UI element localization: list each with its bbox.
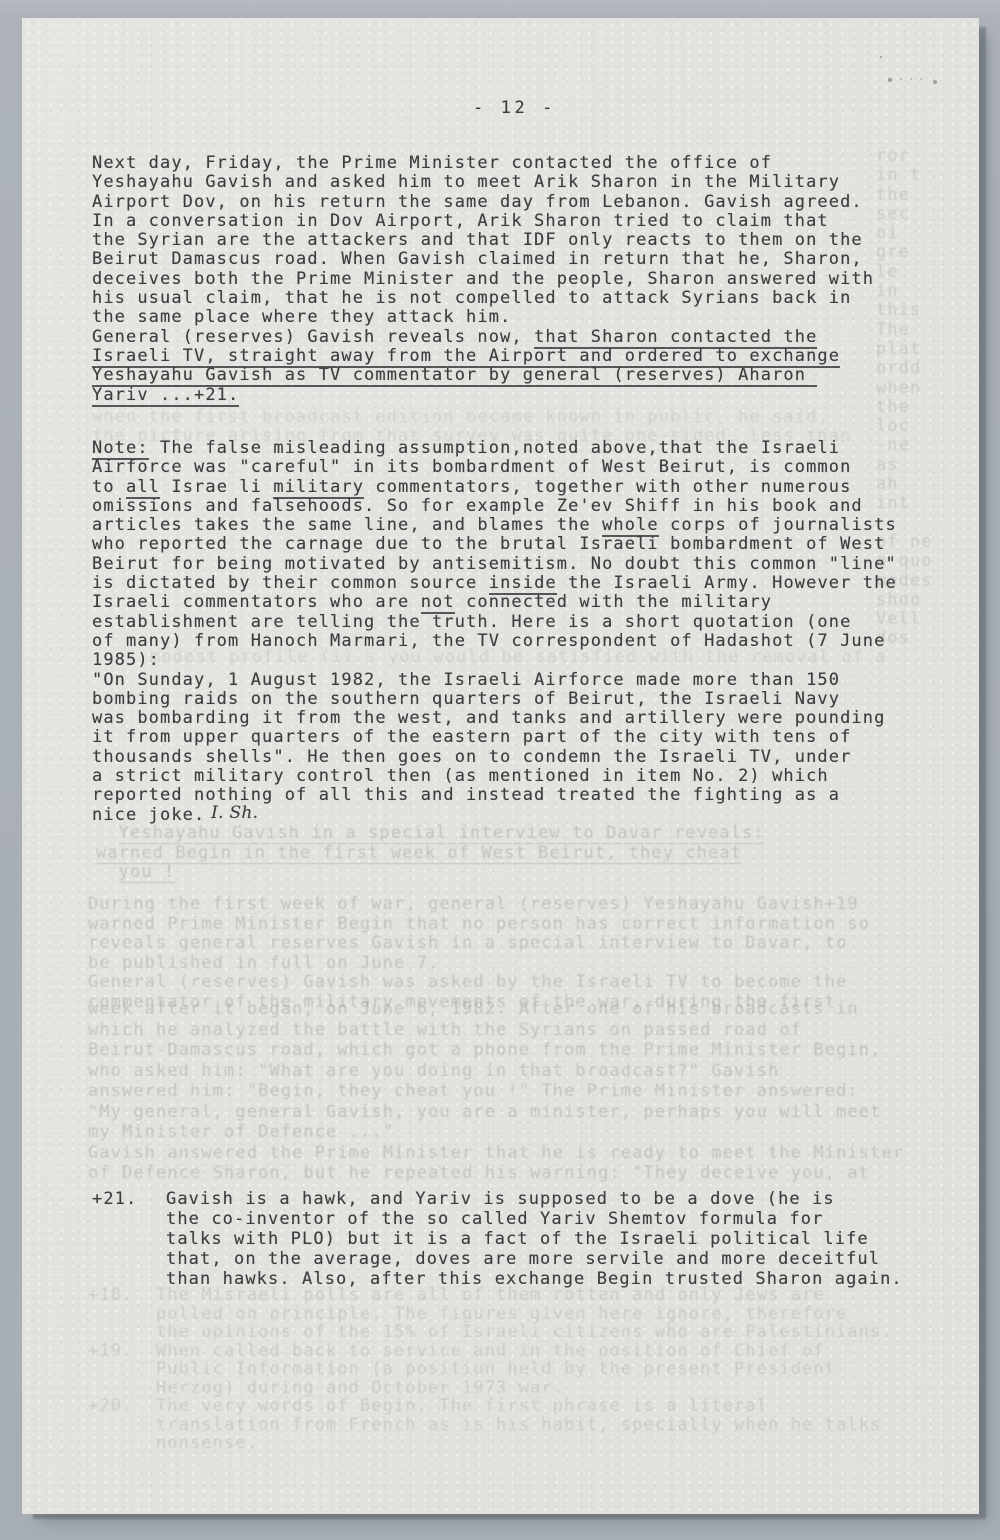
text-line: bombing raids on the southern quarters o… — [92, 690, 897, 709]
text-line: In a conversation in Dov Airport, Arik S… — [92, 212, 874, 231]
text-line: oi — [876, 224, 933, 243]
text-line: During the first week of war, general (r… — [88, 895, 870, 915]
text-line: Israeli commentators who are not connect… — [92, 593, 897, 612]
text-line: who asked him: "What are you doing in th… — [88, 1061, 904, 1082]
text-line: that, on the average, doves are more ser… — [166, 1249, 903, 1269]
text-line: the co-inventor of the so called Yariv S… — [166, 1209, 903, 1229]
ghost-heading: Yeshayahu Gavish in a special interview … — [96, 824, 765, 883]
text-line: thousands shells". He then goes on to co… — [92, 748, 897, 767]
text-line: you ! — [96, 863, 765, 883]
text-line: establishment are telling the truth. Her… — [92, 613, 897, 632]
text-line: ror — [876, 147, 933, 166]
text-line: the opinions of the 15% of Israeli citiz… — [88, 1323, 893, 1342]
text-line: General (reserves) Gavish was asked by t… — [88, 973, 847, 993]
body-paragraph: Next day, Friday, the Prime Minister con… — [92, 154, 874, 405]
text-line: is dictated by their common source insid… — [92, 574, 897, 593]
text-line: ordd — [876, 359, 933, 378]
text-line: +20. The very words of Begin. The first … — [88, 1397, 893, 1416]
text-line: Yeshayahu Gavish in a special interview … — [96, 824, 765, 844]
paper-sheet: rorin tthesecoigreleinthisTheplatorddwhe… — [22, 18, 979, 1514]
text-line: week after it began, on June 6, 1982. Af… — [88, 999, 904, 1020]
text-line: in — [876, 282, 933, 301]
text-line: General (reserves) Gavish reveals now, t… — [92, 328, 874, 347]
text-line: polled on principle. The figures given h… — [88, 1305, 893, 1324]
text-line: The — [876, 321, 933, 340]
ghost-paragraph-c: week after it began, on June 6, 1982. Af… — [88, 999, 904, 1184]
ghost-overlay-line: modest profile (i) s you would be satisf… — [150, 648, 887, 667]
text-line: was bombarding it from the west, and tan… — [92, 709, 897, 728]
text-line: when — [876, 379, 933, 398]
ghost-overlay-line: when the first broadcast edition became … — [92, 408, 829, 427]
text-line: Note: The false misleading assumption,no… — [92, 439, 897, 458]
ink-specks — [880, 56, 882, 58]
text-line: articles takes the same line, and blames… — [92, 516, 897, 535]
text-line: +19. When called back to service and in … — [88, 1342, 893, 1361]
ghost-footnotes: +18. The Misraeli polls are all of them … — [88, 1286, 893, 1453]
text-line: which he analyzed the battle with the Sy… — [88, 1020, 904, 1041]
text-line: plat — [876, 340, 933, 359]
text-line: the Syrian are the attackers and that ID… — [92, 231, 874, 250]
footnote: Gavish is a hawk, and Yariv is supposed … — [166, 1189, 903, 1289]
text-line: Yeshayahu Gavish as TV commentator by ge… — [92, 366, 874, 385]
text-line: Gavish answered the Prime Minister that … — [88, 1143, 904, 1164]
text-line: of Defence Sharon, but he repeated his w… — [88, 1163, 904, 1184]
text-line: Yeshayahu Gavish and asked him to meet A… — [92, 173, 874, 192]
text-line: Yariv ...+21. — [92, 386, 874, 405]
page-number: - 12 - — [473, 99, 556, 118]
text-line: Beirut Damascus road. When Gavish claime… — [92, 250, 874, 269]
text-line: the same place where they attack him. — [92, 308, 874, 327]
text-line: loc — [876, 417, 933, 436]
text-line: nonsense. — [88, 1434, 893, 1453]
text-line: Airforce was "careful" in its bombardmen… — [92, 458, 897, 477]
text-line: the — [876, 186, 933, 205]
text-line: Beirut-Damascus road, which got a phone … — [88, 1040, 904, 1061]
text-line: to all Israe li military commentators, t… — [92, 478, 897, 497]
text-line: Gavish is a hawk, and Yariv is supposed … — [166, 1189, 903, 1209]
text-line: "On Sunday, 1 August 1982, the Israeli A… — [92, 671, 897, 690]
text-line: reveals general reserves Gavish in a spe… — [88, 934, 870, 954]
text-line: in t — [876, 166, 933, 185]
text-line: my Minister of Defence ..." — [88, 1122, 904, 1143]
text-line: warned Prime Minister Begin that no pers… — [88, 915, 870, 935]
text-line: Herzog) during and October 1973 war. — [88, 1379, 893, 1398]
text-line: gre — [876, 243, 933, 262]
text-line: Public Information (a position held by t… — [88, 1360, 893, 1379]
text-line: answered him: "Begin, they cheat you !" … — [88, 1081, 904, 1102]
text-line: Airport Dov, on his return the same day … — [92, 193, 874, 212]
text-line: +18. The Misraeli polls are all of them … — [88, 1286, 893, 1305]
text-line: deceives both the Prime Minister and the… — [92, 270, 874, 289]
text-line: omissions and falsehoods. So for example… — [92, 497, 897, 516]
text-line: the — [876, 398, 933, 417]
text-line: le — [876, 263, 933, 282]
text-line: his usual claim, that he is not compelle… — [92, 289, 874, 308]
text-line: Beirut for being motivated by antisemiti… — [92, 555, 897, 574]
note-paragraph: Note: The false misleading assumption,no… — [92, 439, 897, 825]
scanned-document-page: { "colors": { "mat_background": "#aab0b8… — [0, 0, 1000, 1540]
text-line: Israeli TV, straight away from the Airpo… — [92, 347, 874, 366]
footnote-marker: +21. — [92, 1189, 137, 1209]
text-line: it from upper quarters of the eastern pa… — [92, 728, 897, 747]
handwritten-initials: I. Sh. — [205, 803, 258, 823]
text-line: warned Begin in the first week of West B… — [96, 844, 765, 864]
text-line: "My general, general Gavish, you are a m… — [88, 1102, 904, 1123]
text-line: this — [876, 301, 933, 320]
text-line: a strict military control then (as menti… — [92, 767, 897, 786]
text-line: talks with PLO) but it is a fact of the … — [166, 1229, 903, 1249]
ghost-paragraph-a: During the first week of war, general (r… — [88, 895, 870, 974]
text-line: Next day, Friday, the Prime Minister con… — [92, 154, 874, 173]
text-line: translation from French as is his habit,… — [88, 1416, 893, 1435]
text-line: who reported the carnage due to the brut… — [92, 535, 897, 554]
text-line: be published in full on June 7. — [88, 954, 870, 974]
text-line: sec — [876, 205, 933, 224]
